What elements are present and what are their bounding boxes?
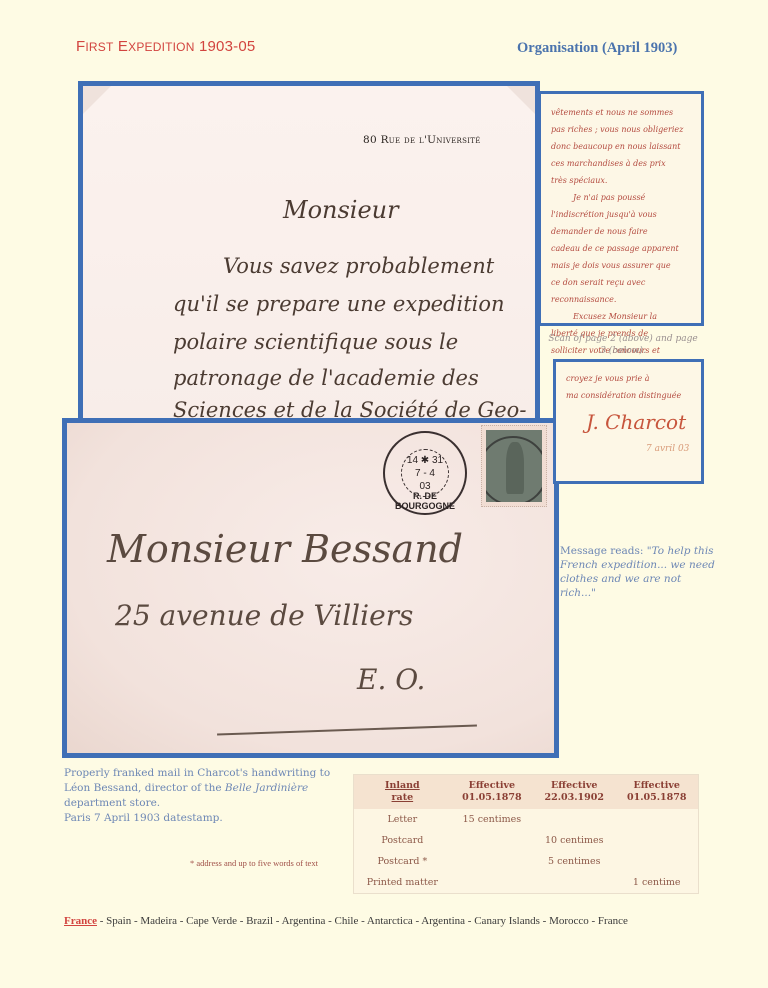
cell: 10 centimes [533, 830, 615, 851]
scan-line: ma considération distinguée [566, 387, 691, 404]
postmark-datestamp: 14 ✱ 31 7 - 4 03 R. DE BOURGOGNE [383, 431, 467, 515]
table-row: Postcard * 5 centimes [354, 851, 699, 872]
cell [615, 809, 698, 830]
cell [615, 851, 698, 872]
postmark-top: 14 ✱ 31 [402, 454, 448, 467]
letterhead-address: 80 Rue de l'Université [363, 134, 481, 146]
cell [533, 809, 615, 830]
cell [533, 872, 615, 893]
expedition-route: France - Spain - Madeira - Cape Verde - … [64, 915, 628, 927]
scan-line: mais je dois vous assurer que [551, 257, 691, 274]
envelope-frame: 14 ✱ 31 7 - 4 03 R. DE BOURGOGNE Monsieu… [62, 418, 559, 758]
cell: Letter [354, 809, 451, 830]
signature: J. Charcot [586, 410, 691, 434]
col-header: Effective01.05.1878 [451, 775, 533, 810]
route-remaining-stops: - Spain - Madeira - Cape Verde - Brazil … [97, 915, 628, 927]
footnote: * address and up to five words of text [190, 858, 318, 868]
main-caption: Properly franked mail in Charcot's handw… [64, 766, 354, 826]
postmark-ring-text: R. DE BOURGOGNE [385, 491, 465, 511]
table-row: Postcard 10 centimes [354, 830, 699, 851]
postal-rates-table: Inlandrate Effective01.05.1878 Effective… [353, 774, 699, 894]
table-row: Printed matter 1 centime [354, 872, 699, 893]
page-subtitle: Organisation (April 1903) [517, 40, 677, 57]
message-caption: Message reads: "To help this French expe… [560, 544, 720, 600]
letter-line: patronage de l'academie des [173, 366, 479, 390]
postage-stamp [481, 425, 547, 507]
cell [451, 830, 533, 851]
scan-line: Excusez Monsieur la [551, 308, 691, 325]
scan-caption: Scan of page 2 (above) and page 3 (below… [548, 333, 698, 357]
cell: 5 centimes [533, 851, 615, 872]
col-header: Effective01.05.1878 [615, 775, 698, 810]
scan-line: pas riches ; vous nous obligeriez [551, 121, 691, 138]
envelope-paper: 14 ✱ 31 7 - 4 03 R. DE BOURGOGNE Monsieu… [67, 423, 554, 753]
col-header: Effective22.03.1902 [533, 775, 615, 810]
table-row: Letter 15 centimes [354, 809, 699, 830]
signature-date: 7 avril 03 [646, 444, 691, 454]
underline-stroke [217, 724, 477, 735]
scan-line: donc beaucoup en nous laissant [551, 138, 691, 155]
scan-line: cadeau de ce passage apparent [551, 240, 691, 257]
scan-line: croyez je vous prie à [566, 370, 691, 387]
scan-line: ces marchandises à des prix [551, 155, 691, 172]
scan-line: demander de nous faire [551, 223, 691, 240]
scan-line: reconnaissance. [551, 291, 691, 308]
cell: Printed matter [354, 872, 451, 893]
letter-line: Vous savez probablement [223, 254, 494, 278]
envelope-addressee: Monsieur Bessand [107, 527, 463, 571]
scan-page3: croyez je vous prie à ma considération d… [553, 359, 704, 484]
scan-line: l'indiscrétion jusqu'à vous [551, 206, 691, 223]
route-current-stop: France [64, 915, 97, 927]
letter-line: qu'il se prepare une expedition [173, 292, 505, 316]
cell [451, 851, 533, 872]
section-title: FIRST EXPEDITION 1903-05 [76, 38, 255, 55]
letter-line: polaire scientifique sous le [173, 330, 458, 354]
cell [615, 830, 698, 851]
message-prefix: Message reads: [560, 545, 647, 557]
envelope-city: E. O. [357, 663, 425, 696]
col-header: Inlandrate [354, 775, 451, 810]
cell: 15 centimes [451, 809, 533, 830]
cell [451, 872, 533, 893]
envelope-street: 25 avenue de Villiers [115, 599, 413, 632]
scan-line: Je n'ai pas poussé [551, 189, 691, 206]
caption-text: department store. [64, 797, 160, 809]
scan-line: ce don serait reçu avec [551, 274, 691, 291]
scan-line: vêtements et nous ne sommes [551, 104, 691, 121]
scan-line: très spéciaux. [551, 172, 691, 189]
postmark-date: 7 - 4 [402, 467, 448, 480]
scan-page2: vêtements et nous ne sommes pas riches ;… [538, 91, 704, 326]
cancellation-mark [486, 436, 542, 502]
cell: Postcard * [354, 851, 451, 872]
letter-page1-frame: 80 Rue de l'Université Monsieur Vous sav… [78, 81, 540, 426]
table-header-row: Inlandrate Effective01.05.1878 Effective… [354, 775, 699, 810]
caption-datestamp: Paris 7 April 1903 datestamp. [64, 812, 223, 824]
cell: 1 centime [615, 872, 698, 893]
letter-line: Monsieur [283, 196, 399, 224]
store-name: Belle Jardinière [225, 782, 308, 794]
sower-stamp-image [486, 430, 542, 502]
letter-paper: 80 Rue de l'Université Monsieur Vous sav… [83, 86, 535, 421]
cell: Postcard [354, 830, 451, 851]
